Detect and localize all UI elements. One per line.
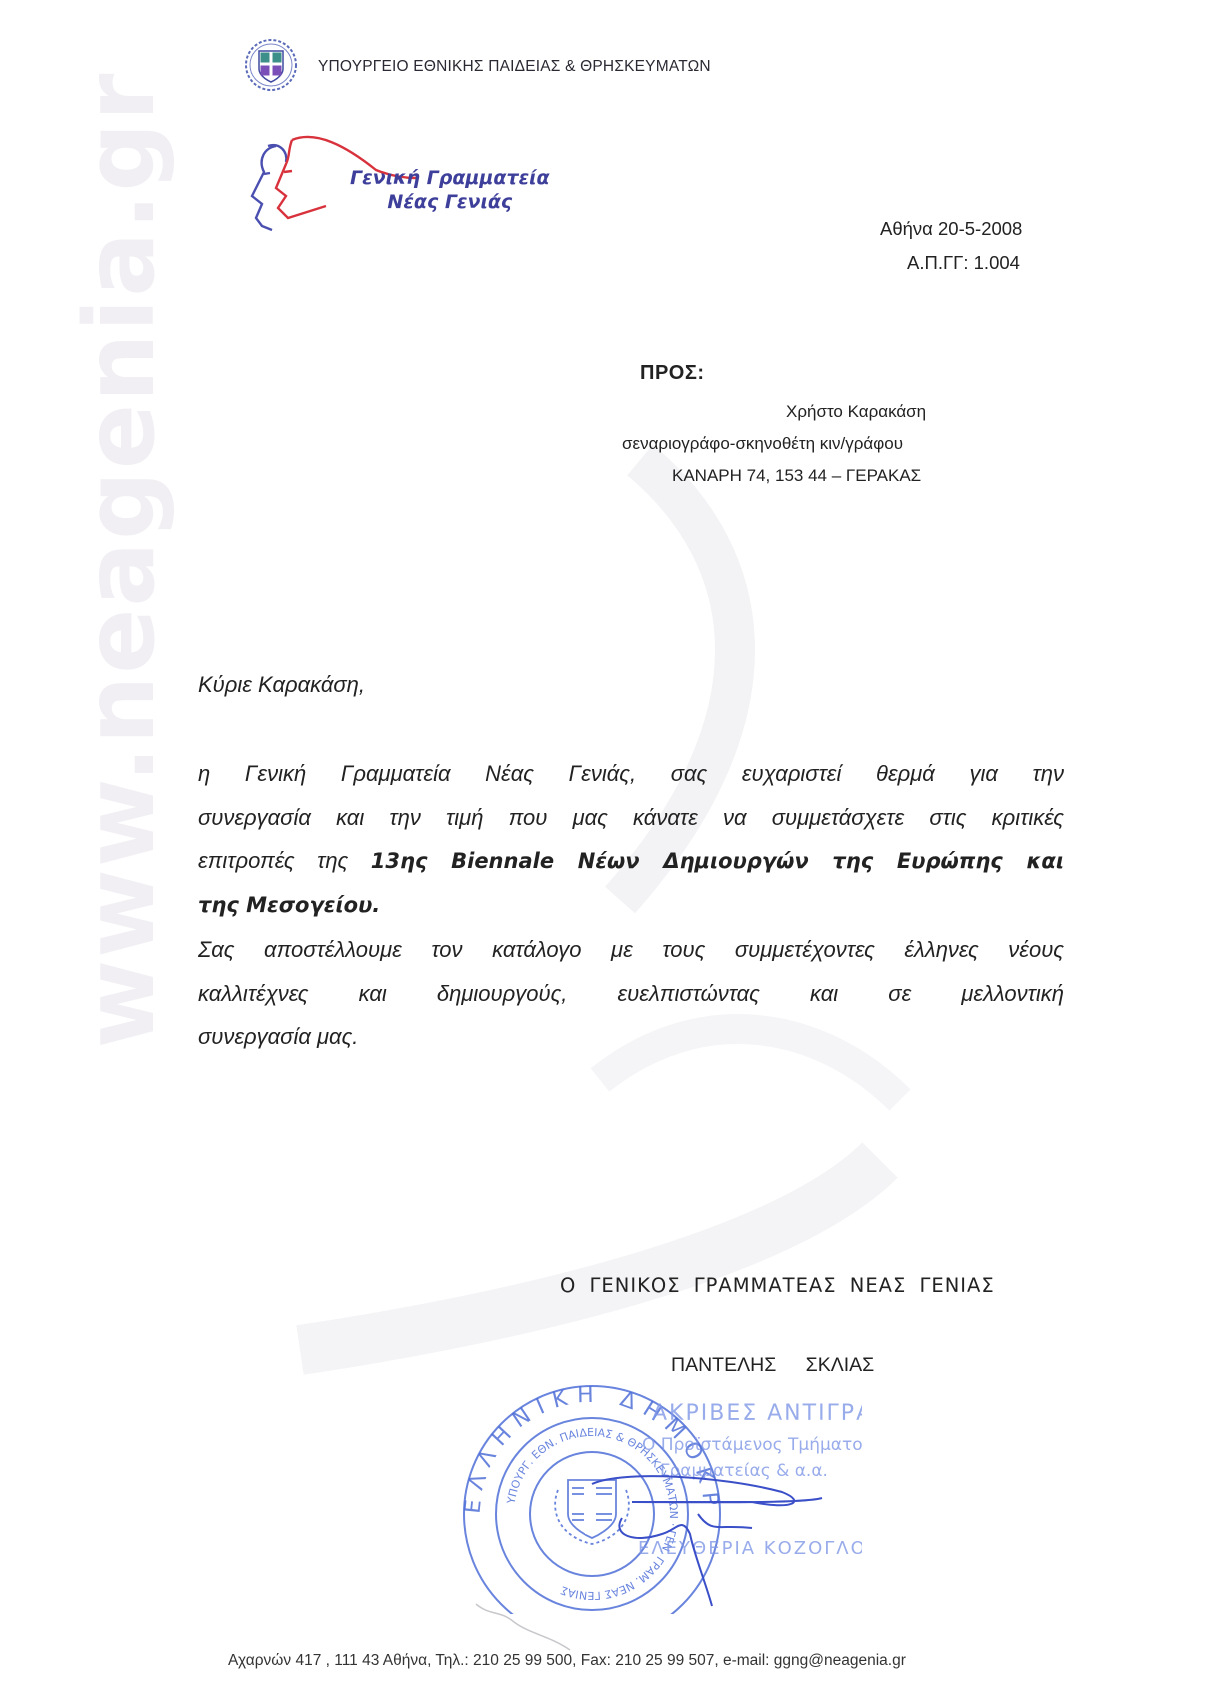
recipient-label: ΠΡΟΣ: xyxy=(640,362,705,385)
paragraph-line: συνεργασία μας. xyxy=(198,1015,1064,1059)
paragraph-line: η Γενική Γραμματεία Νέας Γενιάς, σας ευχ… xyxy=(198,752,1064,796)
org-name-line1: Γενική Γραμματεία xyxy=(350,166,550,190)
org-name-line2: Νέας Γενιάς xyxy=(350,190,550,214)
svg-text:Ο Προϊστάμενος Τμήματος: Ο Προϊστάμενος Τμήματος xyxy=(642,1435,862,1455)
protocol-number: Α.Π.ΓΓ: 1.004 xyxy=(907,252,1020,274)
paragraph-text: επιτροπές της xyxy=(198,848,371,873)
recipient-title: σεναριογράφο-σκηνοθέτη κιν/γράφου xyxy=(622,434,903,454)
body-paragraph-1: η Γενική Γραμματεία Νέας Γενιάς, σας ευχ… xyxy=(198,752,1064,926)
greek-coat-of-arms-icon xyxy=(244,38,298,92)
vertical-watermark: www.neagenia.gr xyxy=(40,80,200,1040)
paragraph-line: Σας αποστέλλουμε τον κατάλογο με τους συ… xyxy=(198,928,1064,972)
signatory-name: ΠΑΝΤΕΛΗΣ ΣΚΛΙΑΣ xyxy=(671,1354,874,1377)
paragraph-line: καλλιτέχνες και δημιουργούς, ευελπιστώντ… xyxy=(198,972,1064,1016)
event-name-bold: 13ης Biennale Νέων Δημιουργών της Ευρώπη… xyxy=(371,849,1064,873)
footer-contact-info: Αχαρνών 417 , 111 43 Αθήνα, Τηλ.: 210 25… xyxy=(228,1652,906,1670)
body-paragraph-2: Σας αποστέλλουμε τον κατάλογο με τους συ… xyxy=(198,928,1064,1059)
recipient-address: ΚΑΝΑΡΗ 74, 153 44 – ΓΕΡΑΚΑΣ xyxy=(672,466,921,486)
paragraph-line: επιτροπές της 13ης Biennale Νέων Δημιουρ… xyxy=(198,839,1064,883)
ministry-name: ΥΠΟΥΡΓΕΙΟ ΕΘΝΙΚΗΣ ΠΑΙΔΕΙΑΣ & ΘΡΗΣΚΕΥΜΑΤΩ… xyxy=(318,58,711,76)
svg-text:ΕΛΕΥΘΕΡΙΑ ΚΟΖΟΓΛΟΥ: ΕΛΕΥΘΕΡΙΑ ΚΟΖΟΓΛΟΥ xyxy=(638,1538,862,1559)
paragraph-line: της Μεσογείου. xyxy=(198,883,1064,927)
letter-date: Αθήνα 20-5-2008 xyxy=(880,218,1022,240)
watermark-text: www.neagenia.gr xyxy=(64,71,176,1048)
gsny-org-name: Γενική Γραμματεία Νέας Γενιάς xyxy=(350,166,550,214)
svg-text:ΑΚΡΙΒΕΣ ΑΝΤΙΓΡΑΦΟ: ΑΚΡΙΒΕΣ ΑΝΤΙΓΡΑΦΟ xyxy=(652,1401,862,1426)
paragraph-line: συνεργασία και την τιμή που μας κάνατε ν… xyxy=(198,796,1064,840)
recipient-name: Χρήστο Καρακάση xyxy=(786,402,926,422)
salutation: Κύριε Καρακάση, xyxy=(198,672,365,698)
event-name-bold-cont: της Μεσογείου. xyxy=(198,893,380,917)
signatory-title: Ο ΓΕΝΙΚΟΣ ΓΡΑΜΜΑΤΕΑΣ ΝΕΑΣ ΓΕΝΙΑΣ xyxy=(560,1274,995,1297)
official-stamp-icon: ΕΛΛΗΝΙΚΗ ΔΗΜΟΚΡΑΤΙΑ ΥΠΟΥΡΓ. ΕΘΝ. ΠΑΙΔΕΙΑ… xyxy=(462,1384,862,1614)
